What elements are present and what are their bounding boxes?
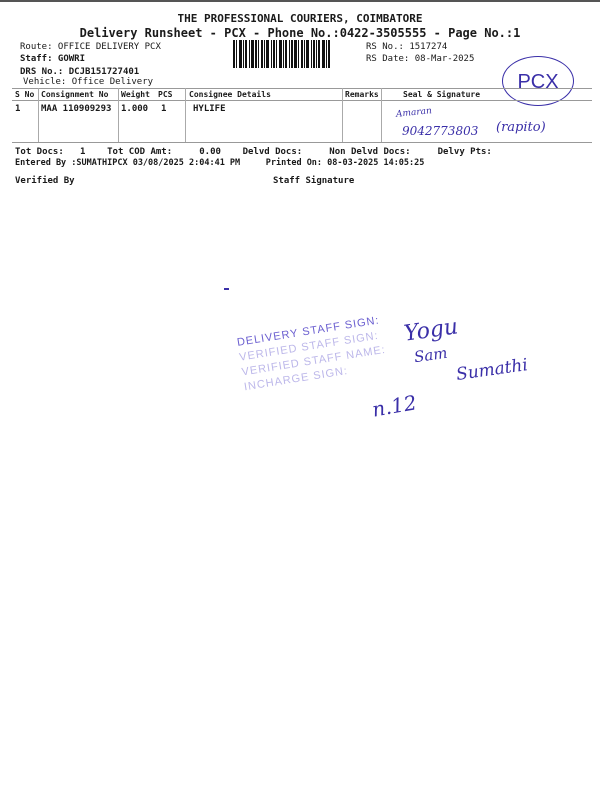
verification-rubber-stamp: DELIVERY STAFF SIGN: VERIFIED STAFF SIGN… xyxy=(236,313,389,395)
scan-edge xyxy=(0,0,600,2)
table-top-rule xyxy=(12,88,592,89)
col-divider xyxy=(381,88,382,142)
col-seal-signature: Seal & Signature xyxy=(403,90,480,99)
col-divider xyxy=(342,88,343,142)
signature-phone: 9042773803 xyxy=(402,124,478,138)
table-bottom-rule xyxy=(12,142,592,143)
signature-name: Amaran xyxy=(396,106,433,120)
pcx-stamp: PCX xyxy=(502,56,574,106)
col-pcs: PCS xyxy=(158,90,172,99)
company-title: THE PROFESSIONAL COURIERS, COIMBATORE xyxy=(0,12,600,25)
col-sno: S No xyxy=(15,90,34,99)
totals-line: Tot Docs: 1 Tot COD Amt: 0.00 Delvd Docs… xyxy=(15,147,492,157)
col-divider xyxy=(118,88,119,142)
drs-no: DRS No.: DCJB151727401 xyxy=(20,67,139,77)
col-divider xyxy=(38,88,39,142)
col-consignee: Consignee Details xyxy=(189,90,271,99)
cell-weight: 1.000 xyxy=(121,104,148,114)
runsheet-subtitle: Delivery Runsheet - PCX - Phone No.:0422… xyxy=(0,26,600,40)
ink-mark xyxy=(224,288,229,290)
col-weight: Weight xyxy=(121,90,150,99)
staff: Staff: GOWRI xyxy=(20,54,85,64)
delivery-staff-signature: Yogu xyxy=(403,314,460,346)
barcode xyxy=(233,40,355,68)
verified-by-label: Verified By xyxy=(15,176,75,186)
col-consignment: Consignment No xyxy=(41,90,108,99)
table-header-rule xyxy=(12,100,592,101)
incharge-signature: n.12 xyxy=(370,390,418,421)
rs-no: RS No.: 1517274 xyxy=(366,42,447,52)
signature-note: (rapito) xyxy=(496,120,546,135)
vehicle: Vehicle: Office Delivery xyxy=(23,77,153,87)
cell-consignee: HYLIFE xyxy=(193,104,226,114)
col-divider xyxy=(185,88,186,142)
verified-staff-signature: Sam xyxy=(413,344,449,366)
cell-sno: 1 xyxy=(15,104,20,114)
cell-consignment-no: MAA 110909293 xyxy=(41,104,111,114)
rs-date: RS Date: 08-Mar-2025 xyxy=(366,54,474,64)
entered-printed-line: Entered By :SUMATHIPCX 03/08/2025 2:04:4… xyxy=(15,158,424,168)
staff-signature-label: Staff Signature xyxy=(273,176,354,186)
col-remarks: Remarks xyxy=(345,90,379,99)
cell-pcs: 1 xyxy=(161,104,166,114)
verified-staff-name: Sumathi xyxy=(455,355,529,385)
route: Route: OFFICE DELIVERY PCX xyxy=(20,42,161,52)
